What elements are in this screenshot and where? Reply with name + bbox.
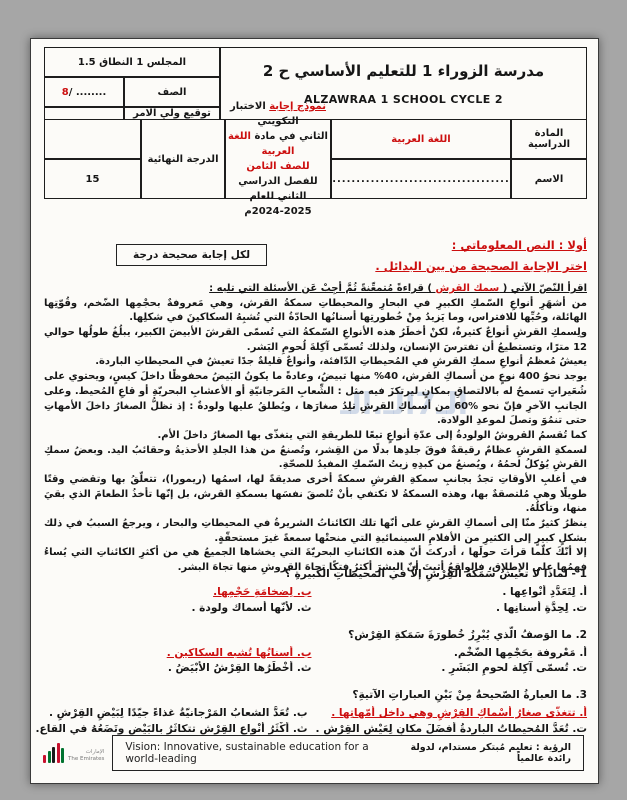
question-1-option-th: ث. لأنّها أسماك ولودة . <box>44 601 312 617</box>
question-2-option-a: أ. مَعْروفة بحَجْمِها الضّخْم. <box>320 646 588 662</box>
class-label: الصف <box>124 77 220 107</box>
passage-paragraph: يوجد نحوُ 400 نوعٍ من أسماكِ القرش، 40% … <box>44 370 587 429</box>
class-number: 8 <box>62 87 69 98</box>
scanned-exam-page: { "header": { "school_ar": "مدرسة الزورا… <box>0 0 627 800</box>
question-1: 1 - لماذا لا تعيشُ سَمَكةُ القِرْشِ إلّا… <box>44 567 587 617</box>
section-header: أولا : النص المعلوماتي : اختر الإجابة ال… <box>375 235 587 278</box>
scoring-note-box: لكل إجابة صحيحة درجة <box>116 244 267 266</box>
question-2: 2. ما الوَصفُ الّذي يُبْرِزُ خُطورَةَ سَ… <box>44 628 587 678</box>
question-1-title: 1 - لماذا لا تعيشُ سَمَكةُ القِرْشِ إلّا… <box>44 567 587 583</box>
exam-sheet: الـ7الـ.الـ مدرسة الزوراء 1 للتعليم الأس… <box>30 38 599 784</box>
emirates-logo: الإمارات The Emirates <box>43 743 104 763</box>
exam-title-line5: 2024-2025م <box>244 204 311 219</box>
class-value-field: ........ / 8 <box>44 77 124 107</box>
question-1-option-a: أ. لِتَعَدُّدِ أنْواعِها . <box>320 585 588 601</box>
question-2-title: 2. ما الوَصفُ الّذي يُبْرِزُ خُطورَةَ سَ… <box>44 628 587 644</box>
vision-english: Vision: Innovative, sustainable educatio… <box>125 741 389 765</box>
passage-paragraph: يعيشُ مُعظمُ أنواعِ سمكِ القرشِ في المُح… <box>44 355 587 370</box>
school-name-english: ALZAWRAA 1 SCHOOL CYCLE 2 <box>304 93 503 106</box>
school-name-arabic: مدرسة الزوراء 1 للتعليم الأساسي ح 2 <box>263 62 544 80</box>
passage-paragraph: لسمكةِ القرشِ عظامٌ رقيقةٌ فوقَ جلدِها ب… <box>44 444 587 473</box>
subject-value: اللغة العربية <box>331 119 511 159</box>
passage-paragraph: من أشهَرِ أنواعِ السّمكِ الكبيرِ في البح… <box>44 297 587 326</box>
reading-passage: اقرأ النّصّ الآتي ( سمك القرش ) قراءةً م… <box>44 282 587 576</box>
vision-arabic: الرؤية : تعليم مُبتكر مستدام، لدولة رائد… <box>390 742 571 764</box>
subject-label: المادة الدراسية <box>511 119 587 159</box>
exam-title-cell: نموذج إجابة الاختبار التكويني الثاني في … <box>225 119 331 199</box>
passage-paragraph: ولِسمكِ القرشِ أنواعٌ كثيرةٌ، لكنْ أخطَر… <box>44 326 587 355</box>
question-3-option-a-correct: أ. تتغذّى صغارُ أسْماكِ القِرْشِ وهي داخ… <box>316 706 588 722</box>
name-input-dots: ........................................… <box>331 159 511 199</box>
name-label: الاسم <box>511 159 587 199</box>
vision-statement-box: Vision: Innovative, sustainable educatio… <box>112 735 584 771</box>
exam-title-line1-red: نموذج إجابة <box>269 101 326 112</box>
exam-title-line2-black: الثاني في مادة <box>251 131 328 142</box>
logo-text-english: The Emirates <box>68 756 104 763</box>
passage-paragraph: ينظرُ كثيرٌ منّا إلى أسماكِ القرشِ على أ… <box>44 517 587 546</box>
question-2-option-b-correct: ب. أسنانُها تُشبه السكاكين . <box>44 646 312 662</box>
logo-text-arabic: الإمارات <box>68 749 104 756</box>
passage-paragraph: كما تُقسمُ القروشُ الولودةُ إلى عدّةِ أن… <box>44 429 587 444</box>
question-1-option-t: ت. لِحِدَّةِ أسنانِها . <box>320 601 588 617</box>
question-3-title: 3. ما العبارةُ الصّحيحةُ مِنْ بَيْنِ الع… <box>44 688 587 704</box>
question-3: 3. ما العبارةُ الصّحيحةُ مِنْ بَيْنِ الع… <box>44 688 587 738</box>
final-grade-label: الدرجة النهائية <box>141 119 225 199</box>
council-zone-label: المجلس 1 النطاق 1.5 <box>44 47 220 77</box>
question-3-option-b: ب. تُعَدُّ الشعابُ المَرْجانيّةُ غذاءً ج… <box>35 706 307 722</box>
exam-title-line4: للفصل الدراسي الثاني للعام <box>228 174 328 204</box>
question-1-option-b-correct: ب. لِضخامَةِ حَجْمِها. <box>44 585 312 601</box>
exam-title-line3-red: للصف الثامن <box>246 159 309 174</box>
class-dots: ........ / <box>69 87 107 98</box>
section-instruction: اختر الإجابة الصحيحة من بين البدائل . <box>375 256 587 277</box>
question-2-option-t: ت. تُسمّى آكِلة لحومِ البَشَرِ . <box>320 661 588 677</box>
emirates-logo-icon <box>43 743 64 763</box>
grade-empty-cell <box>44 119 141 159</box>
passage-intro: اقرأ النّصّ الآتي ( سمك القرش ) قراءةً م… <box>44 282 587 297</box>
section-title: أولا : النص المعلوماتي : <box>375 235 587 256</box>
final-grade-value: 15 <box>44 159 141 199</box>
question-2-option-th: ث. أخْطَرُها القِرْشُ الأبْيَضُ . <box>44 661 312 677</box>
questions-section: 1 - لماذا لا تعيشُ سَمَكةُ القِرْشِ إلّا… <box>44 567 587 749</box>
passage-title-red: سمك القرش <box>435 283 499 294</box>
student-meta-box: المجلس 1 النطاق 1.5 الصف ........ / 8 تو… <box>44 47 220 120</box>
passage-paragraph: في أغلبِ الأوقاتِ تجدُ بجانبِ سمكةِ القر… <box>44 473 587 517</box>
footer: الإمارات The Emirates Vision: Innovative… <box>43 735 584 771</box>
header-table: مدرسة الزوراء 1 للتعليم الأساسي ح 2 ALZA… <box>44 47 587 199</box>
